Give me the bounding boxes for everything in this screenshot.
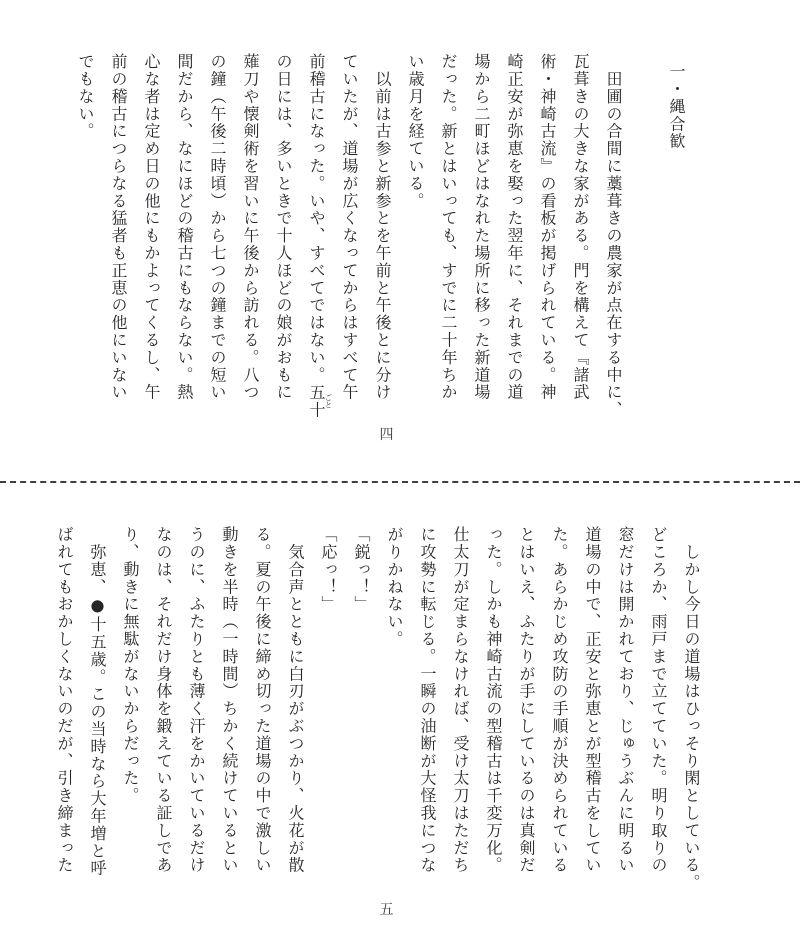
text-line: でもない。 — [69, 53, 102, 425]
text-line: どころか、雨戸まで立てていた。明り取りの — [642, 526, 675, 898]
text-line: 場から二町ほどはなれた場所に移った新道場 — [465, 53, 498, 425]
text-line: 気合声とともに白刃がぶつかり、火花が散 — [279, 526, 312, 898]
text-line: り、動きに無駄がないからだった。 — [114, 526, 147, 898]
text-line: がりかねない。 — [378, 526, 411, 898]
page-four-text-block: 一・縄合歓 田圃の合間に藁葺きの農家が点在する中に、瓦葺きの大きな家がある。門を… — [69, 53, 693, 425]
text-line: 以前は古参と新参とを午前と午後とに分け — [366, 53, 399, 425]
page-number-four: 四 — [0, 424, 775, 444]
text-line: の日には、多いときで十人ほどの娘がおもに — [267, 53, 300, 425]
furigana-ruby: 五十ごと — [307, 384, 326, 419]
text-line: い歳月を経ている。 — [399, 53, 432, 425]
text-line: なのは、それだけ身体を鍛えている証しであ — [147, 526, 180, 898]
text-line: 道場の中で、正安と弥恵とが型稽古をしてい — [576, 526, 609, 898]
text-line: だった。新とはいっても、すでに二十年ちか — [432, 53, 465, 425]
text-line: 「鋭っ！」 — [345, 526, 378, 898]
chapter-title: 一・縄合歓 — [660, 53, 693, 425]
text-line: 前稽古になった。いや、すべてではない。五十ごと — [300, 53, 333, 425]
text-line: に攻勢に転じる。一瞬の油断が大怪我につな — [411, 526, 444, 898]
text-line: 仕太刀が定まらなければ、受け太刀はただち — [444, 526, 477, 898]
text-line: ていたが、道場が広くなってからはすべて午 — [333, 53, 366, 425]
page-number-five: 五 — [0, 899, 775, 919]
text-line: とはいえ、ふたりが手にしているのは真剣だ — [510, 526, 543, 898]
text-line: 田圃の合間に藁葺きの農家が点在する中に、 — [597, 53, 630, 425]
text-line: 動きを半時（一時間）ちかく続けているとい — [213, 526, 246, 898]
page-five-text-block: しかし今日の道場はひっそり閑としている。どころか、雨戸まで立てていた。明り取りの… — [48, 526, 708, 898]
text-line: 間だから、なにほどの稽古にもならない。熱 — [168, 53, 201, 425]
text-line: た。あらかじめ攻防の手順が決められている — [543, 526, 576, 898]
text-line: 前の稽古につらなる猛者も正恵の他にいない — [102, 53, 135, 425]
text-line: 心な者は定め日の他にもかよってくるし、午 — [135, 53, 168, 425]
text-line: の鐘（午後二時頃）から七つの鐘までの短い — [201, 53, 234, 425]
text-line: 術・神崎古流』の看板が掲げられている。神 — [531, 53, 564, 425]
page-break-dashed-line — [0, 481, 800, 483]
text-line: 瓦葺きの大きな家がある。門を構えて『諸武 — [564, 53, 597, 425]
text-line: しかし今日の道場はひっそり閑としている。 — [675, 526, 708, 898]
text-line: うのに、ふたりとも薄く汗をかいているだけ — [180, 526, 213, 898]
text-line: った。しかも神崎古流の型稽古は千変万化。 — [477, 526, 510, 898]
text-line: 「応っ！」 — [312, 526, 345, 898]
text-line: ばれてもおかしくないのだが、引き締まった — [48, 526, 81, 898]
text-line: 崎正安が弥恵を娶った翌年に、それまでの道 — [498, 53, 531, 425]
text-line: る。夏の午後に締め切った道場の中で激しい — [246, 526, 279, 898]
text-line: 薙刀や懐剣術を習いに午後から訪れる。八つ — [234, 53, 267, 425]
text-line: 窓だけは開かれており、じゅうぶんに明るい — [609, 526, 642, 898]
book-preview: { "document": { "chapter_title": "一・縄合歓"… — [0, 0, 800, 950]
text-line: 弥恵、●十五歳。この当時なら大年増と呼 — [81, 526, 114, 898]
